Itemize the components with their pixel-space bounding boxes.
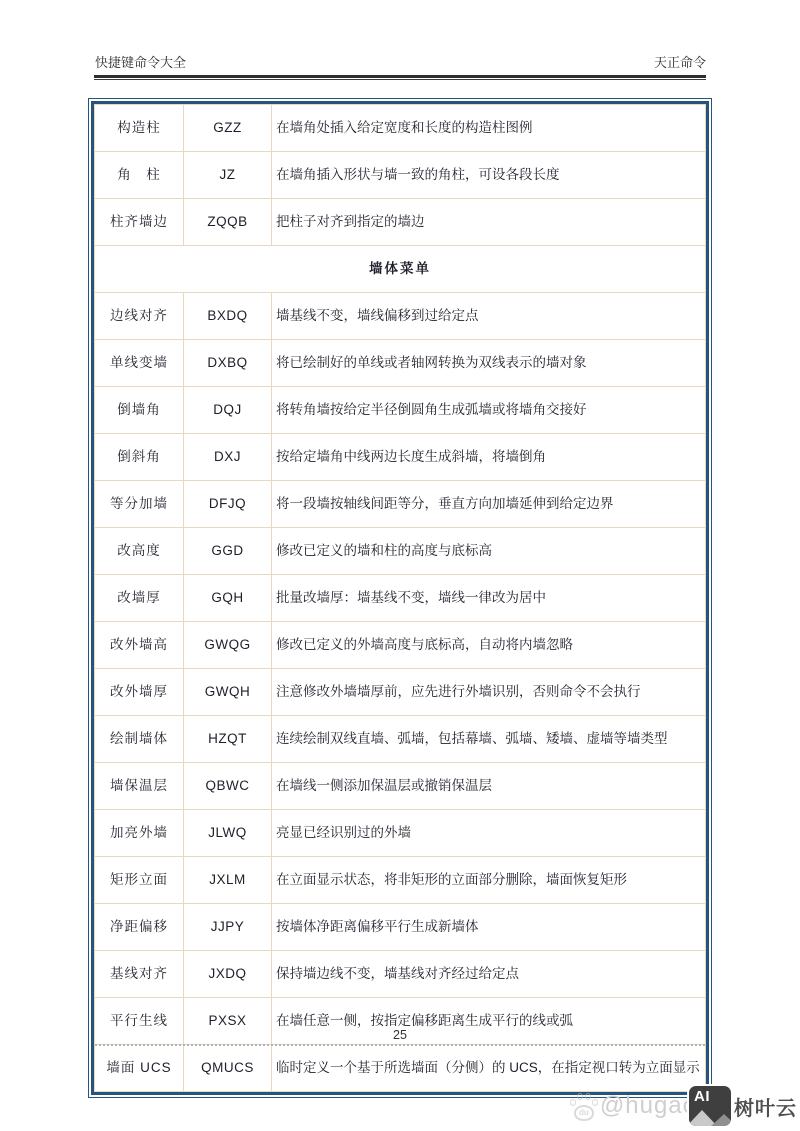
shortcut-code-cell: HZQT xyxy=(184,716,272,763)
command-name-cell: 加亮外墙 xyxy=(95,810,184,857)
page-footer: 25 xyxy=(0,1026,800,1046)
command-row: 构造柱GZZ在墙角处插入给定宽度和长度的构造柱图例 xyxy=(95,105,706,152)
shortcut-code-cell: ZQQB xyxy=(184,199,272,246)
command-name-cell: 绘制墙体 xyxy=(95,716,184,763)
command-description-cell: 批量改墙厚：墙基线不变，墙线一律改为居中 xyxy=(272,575,706,622)
command-name-cell: 角 柱 xyxy=(95,152,184,199)
command-row: 墙保温层QBWC在墙线一侧添加保温层或撤销保温层 xyxy=(95,763,706,810)
watermark-cluster: du @hugao AI 树叶云 xyxy=(570,1085,797,1127)
mountain-icon xyxy=(709,1114,731,1126)
command-description-cell: 按墙体净距离偏移平行生成新墙体 xyxy=(272,904,706,951)
shortcut-code-cell: JZ xyxy=(184,152,272,199)
shortcut-code-cell: DFJQ xyxy=(184,481,272,528)
command-name-cell: 墙面 UCS xyxy=(95,1045,184,1092)
shortcut-code-cell: GQH xyxy=(184,575,272,622)
shortcut-code-cell: QMUCS xyxy=(184,1045,272,1092)
command-row: 净距偏移JJPY按墙体净距离偏移平行生成新墙体 xyxy=(95,904,706,951)
command-row: 绘制墙体HZQT连续绘制双线直墙、弧墙，包括幕墙、弧墙、矮墙、虚墙等墙类型 xyxy=(95,716,706,763)
command-name-cell: 改墙厚 xyxy=(95,575,184,622)
command-name-cell: 倒斜角 xyxy=(95,434,184,481)
shortcut-code-cell: GWQH xyxy=(184,669,272,716)
section-title: 墙体菜单 xyxy=(95,246,706,293)
command-row: 柱齐墙边ZQQB把柱子对齐到指定的墙边 xyxy=(95,199,706,246)
command-row: 边线对齐BXDQ墙基线不变，墙线偏移到过给定点 xyxy=(95,293,706,340)
header-right-title: 天正命令 xyxy=(654,52,706,71)
command-row: 改高度GGD修改已定义的墙和柱的高度与底标高 xyxy=(95,528,706,575)
page-number: 25 xyxy=(393,1028,407,1042)
footer-dotted-rule xyxy=(95,1044,705,1046)
watermark-handle: @hugao xyxy=(600,1092,697,1120)
command-description-cell: 在墙线一侧添加保温层或撤销保温层 xyxy=(272,763,706,810)
header-left-title: 快捷键命令大全 xyxy=(95,52,186,71)
command-description-cell: 连续绘制双线直墙、弧墙，包括幕墙、弧墙、矮墙、虚墙等墙类型 xyxy=(272,716,706,763)
command-description-cell: 修改已定义的墙和柱的高度与底标高 xyxy=(272,528,706,575)
command-name-cell: 单线变墙 xyxy=(95,340,184,387)
shortcut-code-cell: DXBQ xyxy=(184,340,272,387)
command-description-cell: 注意修改外墙墙厚前，应先进行外墙识别，否则命令不会执行 xyxy=(272,669,706,716)
paw-icon: du xyxy=(570,1091,598,1121)
shortcut-code-cell: GZZ xyxy=(184,105,272,152)
command-description-cell: 按给定墙角中线两边长度生成斜墙，将墙倒角 xyxy=(272,434,706,481)
command-description-cell: 在墙角插入形状与墙一致的角柱，可设各段长度 xyxy=(272,152,706,199)
command-name-cell: 等分加墙 xyxy=(95,481,184,528)
ai-badge-label: AI xyxy=(694,1088,710,1105)
command-description-cell: 保持墙边线不变，墙基线对齐经过给定点 xyxy=(272,951,706,998)
command-row: 矩形立面JXLM在立面显示状态，将非矩形的立面部分删除，墙面恢复矩形 xyxy=(95,857,706,904)
command-description-cell: 修改已定义的外墙高度与底标高，自动将内墙忽略 xyxy=(272,622,706,669)
command-name-cell: 基线对齐 xyxy=(95,951,184,998)
command-row: 角 柱JZ在墙角插入形状与墙一致的角柱，可设各段长度 xyxy=(95,152,706,199)
command-table-frame: 构造柱GZZ在墙角处插入给定宽度和长度的构造柱图例角 柱JZ在墙角插入形状与墙一… xyxy=(88,98,712,1098)
command-name-cell: 倒墙角 xyxy=(95,387,184,434)
command-name-cell: 改高度 xyxy=(95,528,184,575)
command-description-cell: 在墙角处插入给定宽度和长度的构造柱图例 xyxy=(272,105,706,152)
command-name-cell: 改外墙厚 xyxy=(95,669,184,716)
command-name-cell: 净距偏移 xyxy=(95,904,184,951)
shortcut-code-cell: BXDQ xyxy=(184,293,272,340)
watermark-brand: 树叶云 xyxy=(734,1092,797,1121)
command-description-cell: 把柱子对齐到指定的墙边 xyxy=(272,199,706,246)
command-row: 基线对齐JXDQ保持墙边线不变，墙基线对齐经过给定点 xyxy=(95,951,706,998)
command-row: 等分加墙DFJQ将一段墙按轴线间距等分，垂直方向加墙延伸到给定边界 xyxy=(95,481,706,528)
shortcut-code-cell: JXDQ xyxy=(184,951,272,998)
command-description-cell: 将已绘制好的单线或者轴网转换为双线表示的墙对象 xyxy=(272,340,706,387)
shortcut-code-cell: GGD xyxy=(184,528,272,575)
command-description-cell: 亮显已经识别过的外墙 xyxy=(272,810,706,857)
header-rule xyxy=(94,75,706,80)
page-header: 快捷键命令大全 天正命令 xyxy=(95,52,706,71)
shortcut-code-cell: JLWQ xyxy=(184,810,272,857)
shortcut-code-cell: DXJ xyxy=(184,434,272,481)
shortcut-code-cell: JJPY xyxy=(184,904,272,951)
command-row: 单线变墙DXBQ将已绘制好的单线或者轴网转换为双线表示的墙对象 xyxy=(95,340,706,387)
command-description-cell: 将转角墙按给定半径倒圆角生成弧墙或将墙角交接好 xyxy=(272,387,706,434)
paw-pad-label: du xyxy=(574,1105,594,1121)
command-row: 加亮外墙JLWQ亮显已经识别过的外墙 xyxy=(95,810,706,857)
command-name-cell: 矩形立面 xyxy=(95,857,184,904)
command-name-cell: 改外墙高 xyxy=(95,622,184,669)
command-row: 改外墙厚GWQH注意修改外墙墙厚前，应先进行外墙识别，否则命令不会执行 xyxy=(95,669,706,716)
command-table: 构造柱GZZ在墙角处插入给定宽度和长度的构造柱图例角 柱JZ在墙角插入形状与墙一… xyxy=(94,104,706,1092)
ai-image-badge-icon: AI xyxy=(689,1086,731,1126)
command-row: 倒斜角DXJ按给定墙角中线两边长度生成斜墙，将墙倒角 xyxy=(95,434,706,481)
command-name-cell: 柱齐墙边 xyxy=(95,199,184,246)
command-name-cell: 墙保温层 xyxy=(95,763,184,810)
shortcut-code-cell: DQJ xyxy=(184,387,272,434)
command-row: 改外墙高GWQG修改已定义的外墙高度与底标高，自动将内墙忽略 xyxy=(95,622,706,669)
command-name-cell: 边线对齐 xyxy=(95,293,184,340)
command-description-cell: 将一段墙按轴线间距等分，垂直方向加墙延伸到给定边界 xyxy=(272,481,706,528)
command-description-cell: 墙基线不变，墙线偏移到过给定点 xyxy=(272,293,706,340)
shortcut-code-cell: JXLM xyxy=(184,857,272,904)
command-row: 倒墙角DQJ将转角墙按给定半径倒圆角生成弧墙或将墙角交接好 xyxy=(95,387,706,434)
shortcut-code-cell: QBWC xyxy=(184,763,272,810)
command-row: 改墙厚GQH批量改墙厚：墙基线不变，墙线一律改为居中 xyxy=(95,575,706,622)
section-header-row: 墙体菜单 xyxy=(95,246,706,293)
command-name-cell: 构造柱 xyxy=(95,105,184,152)
shortcut-code-cell: GWQG xyxy=(184,622,272,669)
command-description-cell: 在立面显示状态，将非矩形的立面部分删除，墙面恢复矩形 xyxy=(272,857,706,904)
